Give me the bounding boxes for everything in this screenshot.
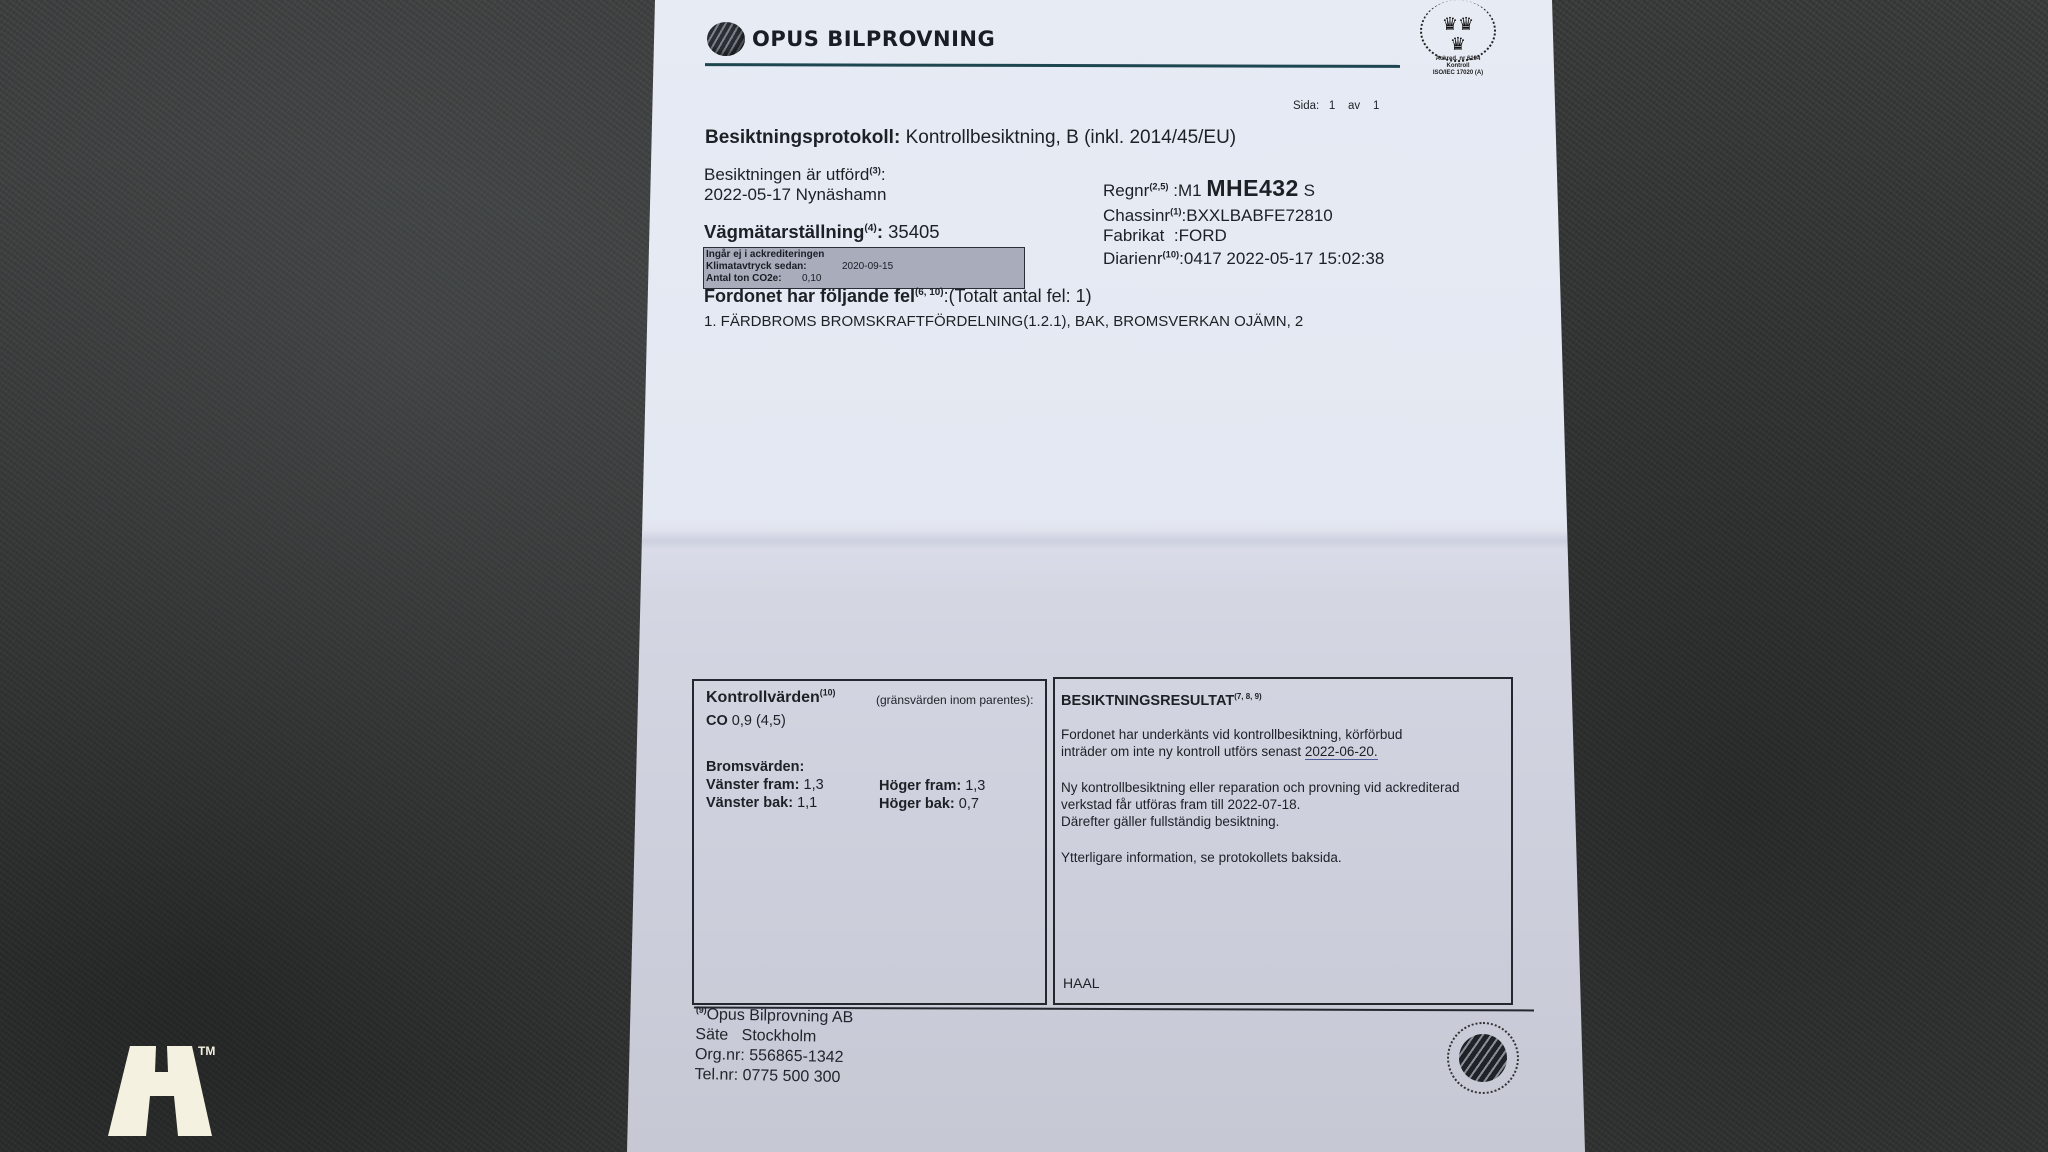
odometer-value: 35405 [888, 221, 939, 242]
climate-since-label: Klimatavtryck sedan: [706, 261, 807, 272]
regnr-label: Regnr [1103, 181, 1149, 200]
performed-footnote: (3) [869, 165, 880, 175]
diary-label: Diarienr [1103, 249, 1163, 268]
left-front-label: Vänster fram: [706, 777, 799, 793]
brake-values-title: Bromsvärden: [706, 759, 804, 775]
faults-heading: Fordonet har följande fel(6, 10):(Totalt… [704, 286, 1092, 307]
control-values-box: Kontrollvärden(10) (gränsvärden inom par… [692, 679, 1047, 1005]
control-values-title: Kontrollvärden [706, 689, 820, 706]
climate-footprint-box: Ingår ej i ackrediteringen Klimatavtryck… [703, 247, 1025, 289]
footer-seat-label: Säte [695, 1026, 728, 1044]
odometer-reading: Vägmätarställning(4): 35405 [704, 221, 940, 243]
footer-seat-value: Stockholm [741, 1027, 816, 1046]
footer-phone: Tel.nr: 0775 500 300 [694, 1065, 852, 1088]
chassis-number: Chassinr(1):BXXLBABFE72810 [1103, 206, 1333, 226]
page-label: Sida: [1293, 100, 1319, 112]
chassis-value: :BXXLBABFE72810 [1182, 206, 1333, 225]
inspector-signature: HAAL [1063, 975, 1100, 993]
co2-label: Antal ton CO2e: [706, 273, 782, 284]
climate-not-accredited: Ingår ej i ackrediteringen [706, 249, 824, 260]
page-indicator: Sida: 1 av 1 [1293, 100, 1379, 112]
page-of-label: av [1348, 100, 1360, 112]
page-current: 1 [1329, 100, 1335, 112]
climate-since-value: 2020-09-15 [842, 261, 893, 272]
company-footer: (9)Opus Bilprovning AB Säte Stockholm Or… [694, 1005, 853, 1088]
make-label: Fabrikat [1103, 226, 1164, 245]
paper-fold [627, 530, 1585, 550]
page-title: Besiktningsprotokoll: Kontrollbesiktning… [705, 127, 1236, 149]
odometer-label: Vägmätarställning [704, 221, 864, 242]
opus-globe-icon [707, 22, 745, 56]
odometer-colon: : [877, 221, 883, 242]
chassis-label: Chassinr [1103, 206, 1170, 225]
left-front-value: 1,3 [804, 777, 824, 793]
make-value: :FORD [1174, 226, 1227, 245]
odometer-footnote: (4) [864, 223, 876, 234]
control-values-footnote: (10) [820, 688, 836, 698]
page-total: 1 [1373, 100, 1379, 112]
reinspection-deadline: 2022-06-20. [1305, 744, 1378, 760]
co-value: 0,9 (4,5) [732, 713, 786, 729]
regnr-value: MHE432 [1206, 175, 1298, 201]
accreditation-standard: ISO/IEC 17020 (A) [1418, 70, 1498, 77]
climate-compensation-seal-icon [1447, 1022, 1519, 1094]
result-reinspection-line2: verkstad får utföras fram till 2022-07-1… [1061, 796, 1300, 814]
regnr-suffix: S [1304, 181, 1315, 200]
chassis-footnote: (1) [1170, 206, 1181, 216]
right-rear-value: 0,7 [959, 796, 979, 812]
faults-total: :(Totalt antal fel: 1) [944, 286, 1092, 306]
performed-label: Besiktningen är utförd [704, 165, 869, 184]
fault-item: 1. FÄRDBROMS BROMSKRAFTFÖRDELNING(1.2.1)… [704, 313, 1303, 330]
faults-footnote: (6, 10) [915, 287, 944, 298]
result-fail-line2: inträder om inte ny kontroll utförs sena… [1061, 744, 1305, 759]
title-value: Kontrollbesiktning, B (inkl. 2014/45/EU) [906, 127, 1237, 148]
result-title: BESIKTNINGSRESULTAT [1061, 693, 1234, 709]
result-reinspection-line1: Ny kontrollbesiktning eller reparation o… [1061, 779, 1459, 797]
vehicle-class: :M1 [1173, 181, 1201, 200]
right-front-value: 1,3 [965, 778, 985, 794]
footer-company: Opus Bilprovning AB [706, 1006, 853, 1026]
left-rear-value: 1,1 [797, 795, 817, 811]
faults-label: Fordonet har följande fel [704, 286, 915, 306]
accreditation-text: Ackred. nr 6194 Kontroll ISO/IEC 17020 (… [1418, 56, 1498, 77]
three-crowns-icon: ♛♛♛ [1422, 14, 1494, 54]
performed-colon: : [881, 165, 886, 184]
accreditation-type: Kontroll [1418, 63, 1498, 70]
accreditation-number: Ackred. nr 6194 [1418, 56, 1498, 63]
trademark-symbol: TM [198, 1044, 215, 1058]
h-watermark-logo-icon [108, 1046, 212, 1136]
result-fail-line1: Fordonet har underkänts vid kontrollbesi… [1061, 726, 1402, 744]
result-more-info: Ytterligare information, se protokollets… [1061, 849, 1342, 867]
right-front-label: Höger fram: [879, 778, 961, 794]
regnr-footnote: (2,5) [1149, 181, 1168, 191]
inspection-result-box: BESIKTNINGSRESULTAT(7, 8, 9) Fordonet ha… [1053, 677, 1513, 1005]
performed-value: 2022-05-17 Nynäshamn [704, 185, 886, 205]
co-label: CO [706, 713, 728, 729]
result-reinspection-line3: Därefter gäller fullständig besiktning. [1061, 813, 1279, 831]
limits-note: (gränsvärden inom parentes): [876, 693, 1033, 707]
company-logo-text: OPUS BILPROVNING [752, 27, 995, 51]
diary-footnote: (10) [1163, 249, 1180, 259]
vehicle-make: Fabrikat :FORD [1103, 226, 1227, 246]
left-rear-label: Vänster bak: [706, 795, 793, 811]
co2-value: 0,10 [802, 273, 821, 284]
title-label: Besiktningsprotokoll: [705, 127, 900, 148]
globe-icon [1459, 1034, 1507, 1082]
result-footnote: (7, 8, 9) [1234, 692, 1261, 701]
diary-value: :0417 2022-05-17 15:02:38 [1179, 249, 1384, 268]
footer-footnote: (9) [696, 1005, 707, 1015]
registration-number: Regnr(2,5) :M1 MHE432 S [1103, 178, 1315, 201]
right-rear-label: Höger bak: [879, 796, 955, 812]
performed-info: Besiktningen är utförd(3): 2022-05-17 Ny… [704, 165, 886, 205]
swedac-seal-icon: ♛♛♛ [1420, 0, 1496, 62]
diary-number: Diarienr(10):0417 2022-05-17 15:02:38 [1103, 249, 1384, 269]
